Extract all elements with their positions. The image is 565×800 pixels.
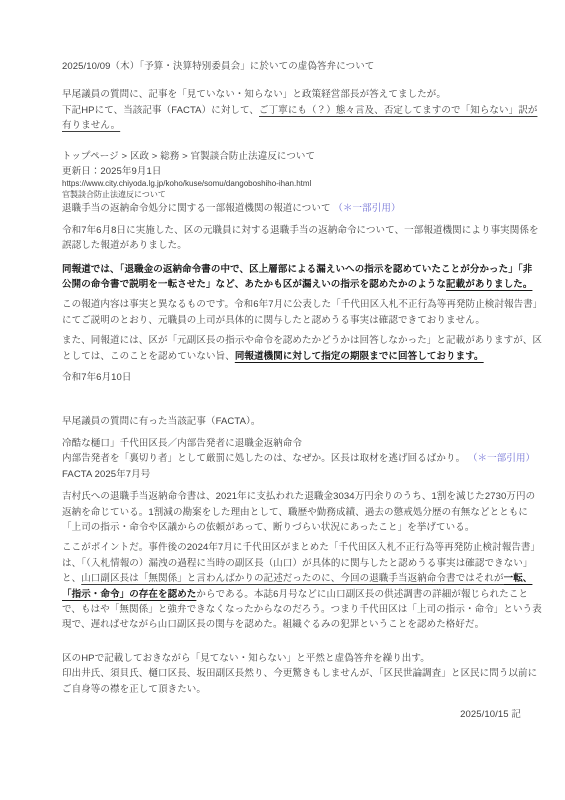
facta-excerpt-point-line: 「指示・命令」の存在を認めたからである。本誌6月号などに山口副区長の供述調書の詳… xyxy=(62,587,521,602)
facta-excerpt-amount: 吉村氏への退職手当返納命令書は、2021年に支払われた退職金3034万円余りのう… xyxy=(62,489,521,535)
facta-excerpt-point: ここがポイントだ。事件後の2024年7月に千代田区がまとめた「千代田区入札不正行… xyxy=(62,540,521,632)
text-run: FACTA 2025年7月号 xyxy=(62,469,150,480)
text-run: 内部告発者を「裏切り者」として厳罰に処したのは、なぜか。区長は取材を逃げ回るばか… xyxy=(62,453,468,464)
closing-paragraph-line: ご自身等の襟を正して頂きたい。 xyxy=(62,682,521,697)
text-run: 同報道機関に対して指定の期限までに回答しております。 xyxy=(235,351,484,362)
text-run: と、 xyxy=(62,573,81,584)
facta-excerpt-amount-line: 「上司の指示・命令や区議からの依頼があって、断りづらい状況にあったこと」を挙げて… xyxy=(62,520,521,535)
subject-line-line: 退職手当の返納命令処分に関する一部報道機関の報道について （＊一部引用） xyxy=(62,201,521,216)
text-run: としては、このことを認めていない旨、 xyxy=(62,351,235,362)
signature-date: 2025/10/15 記 xyxy=(62,707,521,722)
hp-date-line: 令和7年6月10日 xyxy=(62,370,521,385)
hp-rebuttal-paragraph-line: この報道内容は事実と異なるものです。令和6年7月に公表した「千代田区入札不正行為… xyxy=(62,297,521,312)
partial-quote-marker: （＊一部引用） xyxy=(333,203,400,214)
text-run: 2025/10/15 記 xyxy=(460,709,521,720)
facta-excerpt-amount-line: 吉村氏への退職手当返納命令書は、2021年に支払われた退職金3034万円余りのう… xyxy=(62,489,521,504)
facta-intro-line-line: 早尾議員の質問に有った当該記事（FACTA）。 xyxy=(62,414,521,429)
hp-response-paragraph-line: また、同報道には、区が「元副区長の指示や命令を認めたかどうかは回答しなかった」と… xyxy=(62,333,521,348)
text-run: https://www.city.chiyoda.lg.jp/koho/kuse… xyxy=(62,179,311,188)
text-run: 印出井氏、須貝氏、樋口区長、坂田副区長然り、今更驚きもしませんが、「区民世論調査… xyxy=(62,668,537,679)
facta-excerpt-amount-line: 返納を命じている。1割減の勘案をした理由として、職歴や勤務成績、過去の懲戒処分歴… xyxy=(62,505,521,520)
closing-paragraph: 区のHPで記載しておきながら「見てない・知らない」と平然と虚偽答弁を繰り出す。印… xyxy=(62,651,521,697)
hp-rebuttal-paragraph-line: にてご説明のとおり、元職員の上司が具体的に関与したと認めうる事実は確認できており… xyxy=(62,313,521,328)
breadcrumb-and-update-date-line: トップページ > 区政 > 総務 > 官製談合防止法違反について xyxy=(62,149,521,164)
facta-headline: 冷酷な樋口」千代田区長／内部告発者に退職金返納命令内部告発者を「裏切り者」として… xyxy=(62,436,521,482)
facta-excerpt-point-line: 現で、遅ればせながら山口副区長の関与を認めた。組織ぐるみの犯罪ということを認めた… xyxy=(62,617,521,632)
text-run: 現で、遅ればせながら山口副区長の関与を認めた。組織ぐるみの犯罪ということを認めた… xyxy=(62,619,484,630)
facta-headline-line: 内部告発者を「裏切り者」として厳罰に処したのは、なぜか。区長は取材を逃げ回るばか… xyxy=(62,451,521,466)
text-run: ご自身等の襟を正して頂きたい。 xyxy=(62,684,206,695)
facta-excerpt-point-line: と、山口副区長は「無関係」と言わんばかりの記述だったのに、今回の退職手当返納命令… xyxy=(62,571,521,586)
breadcrumb-and-update-date: トップページ > 区政 > 総務 > 官製談合防止法違反について更新日：2025… xyxy=(62,149,521,180)
hp-rebuttal-paragraph: この報道内容は事実と異なるものです。令和6年7月に公表した「千代田区入札不正行為… xyxy=(62,297,521,328)
hp-date-line-line: 令和7年6月10日 xyxy=(62,370,521,385)
signature-date-line: 2025/10/15 記 xyxy=(62,707,521,722)
text-run: 更新日：2025年9月1日 xyxy=(62,166,162,177)
facta-headline-line: FACTA 2025年7月号 xyxy=(62,467,521,482)
text-run: 山口副区長は「無関係」と言わんばかりの記述だったのに、今回の退職手当返納命令書で… xyxy=(81,573,503,584)
text-run: 記載がありました。 xyxy=(446,279,532,290)
text-run: 吉村氏への退職手当返納命令書は、2021年に支払われた退職金3034万円余りのう… xyxy=(62,491,535,502)
source-url-and-page-name: https://www.city.chiyoda.lg.jp/koho/kuse… xyxy=(62,179,521,200)
facta-intro-line: 早尾議員の質問に有った当該記事（FACTA）。 xyxy=(62,414,521,429)
text-run: 官製談合防止法違反について xyxy=(62,190,166,199)
facta-excerpt-point-line: で、もはや「無関係」と強弁できなくなったからなのだろう。つまり千代田区は「上司の… xyxy=(62,602,521,617)
hp-bold-claim-line: 公開の命令書で説明を一転させた」など、あたかも区が漏えいの指示を認めたかのような… xyxy=(62,277,521,292)
closing-paragraph-line: 印出井氏、須貝氏、樋口区長、坂田副区長然り、今更驚きもしませんが、「区民世論調査… xyxy=(62,666,521,681)
facta-excerpt-point-line: は、「（入札情報の）漏洩の過程に当時の副区長（山口）が具体的に関与したと認めうる… xyxy=(62,556,521,571)
text-run: 「上司の指示・命令や区議からの依頼があって、断りづらい状況にあったこと」を挙げて… xyxy=(62,522,474,533)
text-run: 一転、 xyxy=(504,573,533,584)
hp-paragraph-report-line: 誤認した報道がありました。 xyxy=(62,238,521,253)
text-run: 同報道では、「退職金の返納命令書の中で、区上層部による漏えいへの指示を認めていた… xyxy=(62,264,532,275)
text-run: トップページ > 区政 > 総務 > 官製談合防止法違反について xyxy=(62,151,315,162)
text-run: 返納を命じている。1割減の勘案をした理由として、職歴や勤務成績、過去の懲戒処分歴… xyxy=(62,507,528,518)
hp-bold-claim: 同報道では、「退職金の返納命令書の中で、区上層部による漏えいへの指示を認めていた… xyxy=(62,262,521,293)
text-run: 有りません。 xyxy=(62,120,120,131)
title-line: 2025/10/09（木）「予算・決算特別委員会」に於いての虚偽答弁について xyxy=(62,59,521,74)
text-run: 冷酷な樋口」千代田区長／内部告発者に退職金返納命令 xyxy=(62,438,302,449)
breadcrumb-and-update-date-line: 更新日：2025年9月1日 xyxy=(62,164,521,179)
facta-excerpt-point-line: ここがポイントだ。事件後の2024年7月に千代田区がまとめた「千代田区入札不正行… xyxy=(62,540,521,555)
text-run: ここがポイントだ。事件後の2024年7月に千代田区がまとめた「千代田区入札不正行… xyxy=(62,542,540,553)
text-run: 誤認した報道がありました。 xyxy=(62,240,187,251)
text-run: 退職手当の返納命令処分に関する一部報道機関の報道について xyxy=(62,203,333,214)
text-run: にてご説明のとおり、元職員の上司が具体的に関与したと認めうる事実は確認できており… xyxy=(62,315,485,326)
hp-response-paragraph: また、同報道には、区が「元副区長の指示や命令を認めたかどうかは回答しなかった」と… xyxy=(62,333,521,364)
title-line-line: 2025/10/09（木）「予算・決算特別委員会」に於いての虚偽答弁について xyxy=(62,59,521,74)
subject-line: 退職手当の返納命令処分に関する一部報道機関の報道について （＊一部引用） xyxy=(62,201,521,216)
partial-quote-marker: （＊一部引用） xyxy=(468,453,535,464)
text-run: 公開の命令書で説明を一転させた」など、あたかも区が漏えいの指示を認めたかのような xyxy=(62,279,446,290)
document-page: 2025/10/09（木）「予算・決算特別委員会」に於いての虚偽答弁について早尾… xyxy=(0,0,565,800)
text-run: で、もはや「無関係」と強弁できなくなったからなのだろう。つまり千代田区は「上司の… xyxy=(62,604,542,615)
text-run: 2025/10/09（木）「予算・決算特別委員会」に於いての虚偽答弁について xyxy=(62,61,374,72)
source-url-and-page-name-line: 官製談合防止法違反について xyxy=(62,190,521,201)
text-run: この報道内容は事実と異なるものです。令和6年7月に公表した「千代田区入札不正行為… xyxy=(62,299,542,310)
hp-paragraph-report-line: 令和7年6月8日に実施した、区の元職員に対する退職手当の返納命令について、一部報… xyxy=(62,223,521,238)
text-run: は、「（入札情報の）漏洩の過程に当時の副区長（山口）が具体的に関与したと認めうる… xyxy=(62,558,533,569)
intro-paragraph-line: 早尾議員の質問に、記事を「見ていない・知らない」と政策経営部長が答えてましたが。 xyxy=(62,87,521,102)
text-run: 下記HPにて、当該記事（FACTA）に対して、 xyxy=(62,105,259,116)
text-run: 区のHPで記載しておきながら「見てない・知らない」と平然と虚偽答弁を繰り出す。 xyxy=(62,653,430,664)
hp-paragraph-report: 令和7年6月8日に実施した、区の元職員に対する退職手当の返納命令について、一部報… xyxy=(62,223,521,254)
text-run: 早尾議員の質問に、記事を「見ていない・知らない」と政策経営部長が答えてましたが。 xyxy=(62,89,446,100)
text-run: ご丁寧にも（？）態々言及、否定してますので「知らない」訳が xyxy=(259,105,537,116)
hp-response-paragraph-line: としては、このことを認めていない旨、同報道機関に対して指定の期限までに回答してお… xyxy=(62,349,521,364)
text-run: 「指示・命令」の存在を認めた xyxy=(62,589,196,600)
hp-bold-claim-line: 同報道では、「退職金の返納命令書の中で、区上層部による漏えいへの指示を認めていた… xyxy=(62,262,521,277)
text-run: 令和7年6月10日 xyxy=(62,372,132,383)
text-run: 早尾議員の質問に有った当該記事（FACTA）。 xyxy=(62,416,260,427)
text-run: 令和7年6月8日に実施した、区の元職員に対する退職手当の返納命令について、一部報… xyxy=(62,225,539,236)
intro-paragraph-line: 有りません。 xyxy=(62,118,521,133)
document-body: 2025/10/09（木）「予算・決算特別委員会」に於いての虚偽答弁について早尾… xyxy=(0,0,565,722)
source-url-and-page-name-line: https://www.city.chiyoda.lg.jp/koho/kuse… xyxy=(62,179,521,190)
text-run: また、同報道には、区が「元副区長の指示や命令を認めたかどうかは回答しなかった」と… xyxy=(62,335,542,346)
closing-paragraph-line: 区のHPで記載しておきながら「見てない・知らない」と平然と虚偽答弁を繰り出す。 xyxy=(62,651,521,666)
intro-paragraph-line: 下記HPにて、当該記事（FACTA）に対して、ご丁寧にも（？）態々言及、否定して… xyxy=(62,103,521,118)
intro-paragraph: 早尾議員の質問に、記事を「見ていない・知らない」と政策経営部長が答えてましたが。… xyxy=(62,87,521,133)
facta-headline-line: 冷酷な樋口」千代田区長／内部告発者に退職金返納命令 xyxy=(62,436,521,451)
text-run: からである。本誌6月号などに山口副区長の供述調書の詳細が報じられたこと xyxy=(196,589,528,600)
